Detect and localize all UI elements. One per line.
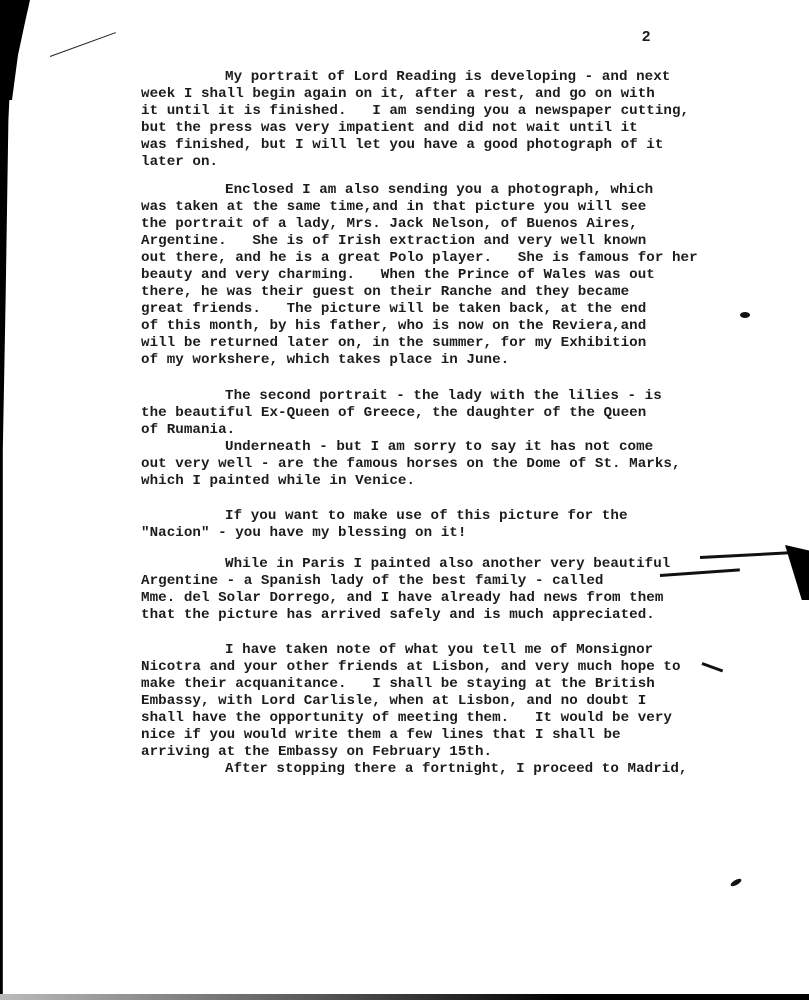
paragraph-3-line-2: the beautiful Ex-Queen of Greece, the da… — [141, 406, 646, 421]
paragraph-5-line-1: If you want to make use of this picture … — [225, 509, 628, 524]
paragraph-6-line-4: that the picture has arrived safely and … — [141, 608, 655, 623]
paragraph-6-line-1: While in Paris I painted also another ve… — [225, 557, 670, 572]
scan-top-left-shadow — [0, 0, 30, 100]
paragraph-1-line-1: My portrait of Lord Reading is developin… — [225, 70, 670, 85]
paragraph-2-line-8: great friends. The picture will be taken… — [141, 302, 646, 317]
paragraph-8-line-1: After stopping there a fortnight, I proc… — [225, 762, 687, 777]
paragraph-6-line-3: Mme. del Solar Dorrego, and I have alrea… — [141, 591, 663, 606]
paragraph-2-line-6: beauty and very charming. When the Princ… — [141, 268, 655, 283]
paragraph-2-line-3: the portrait of a lady, Mrs. Jack Nelson… — [141, 217, 638, 232]
paragraph-7-line-3: make their acquanitance. I shall be stay… — [141, 677, 655, 692]
paragraph-2-line-5: out there, and he is a great Polo player… — [141, 251, 698, 266]
paragraph-1-line-2: week I shall begin again on it, after a … — [141, 87, 655, 102]
paragraph-7-line-6: nice if you would write them a few lines… — [141, 728, 621, 743]
ink-blot-right — [740, 312, 750, 318]
paragraph-2-line-1: Enclosed I am also sending you a photogr… — [225, 183, 653, 198]
paragraph-2-line-4: Argentine. She is of Irish extraction an… — [141, 234, 646, 249]
scan-left-edge-shadow — [0, 0, 14, 1000]
typewritten-letter-page: 2 My portrait of Lord Reading is develop… — [0, 0, 809, 1000]
paragraph-1-line-4: but the press was very impatient and did… — [141, 121, 638, 136]
paragraph-7-line-2: Nicotra and your other friends at Lisbon… — [141, 660, 681, 675]
paragraph-7-line-1: I have taken note of what you tell me of… — [225, 643, 653, 658]
paragraph-1-line-6: later on. — [141, 155, 218, 170]
paragraph-2-line-2: was taken at the same time,and in that p… — [141, 200, 646, 215]
page-number: 2 — [642, 28, 650, 45]
paragraph-4-line-2: out very well - are the famous horses on… — [141, 457, 681, 472]
paragraph-7-line-5: shall have the opportunity of meeting th… — [141, 711, 672, 726]
paragraph-6-line-2: Argentine - a Spanish lady of the best f… — [141, 574, 603, 589]
pen-mark-top-left — [50, 32, 116, 57]
paragraph-2-line-9: of this month, by his father, who is now… — [141, 319, 646, 334]
ink-blot-bottom-right — [730, 877, 743, 887]
pen-mark-right-3 — [701, 662, 723, 672]
paragraph-3-line-3: of Rumania. — [141, 423, 235, 438]
paragraph-1-line-3: it until it is finished. I am sending yo… — [141, 104, 689, 119]
scan-bottom-edge-shadow — [0, 994, 809, 1000]
paragraph-3-line-1: The second portrait - the lady with the … — [225, 389, 662, 404]
paragraph-4-line-3: which I painted while in Venice. — [141, 474, 415, 489]
paragraph-7-line-7: arriving at the Embassy on February 15th… — [141, 745, 492, 760]
paragraph-5-line-2: "Nacion" - you have my blessing on it! — [141, 526, 466, 541]
paragraph-1-line-5: was finished, but I will let you have a … — [141, 138, 663, 153]
paragraph-2-line-11: of my workshere, which takes place in Ju… — [141, 353, 509, 368]
pen-mark-right-2 — [660, 568, 740, 577]
pen-mark-right-1 — [700, 551, 790, 559]
paragraph-7-line-4: Embassy, with Lord Carlisle, when at Lis… — [141, 694, 646, 709]
paragraph-2-line-7: there, he was their guest on their Ranch… — [141, 285, 629, 300]
ink-wedge-right — [785, 545, 809, 600]
paragraph-4-line-1: Underneath - but I am sorry to say it ha… — [225, 440, 653, 455]
paragraph-2-line-10: will be returned later on, in the summer… — [141, 336, 646, 351]
